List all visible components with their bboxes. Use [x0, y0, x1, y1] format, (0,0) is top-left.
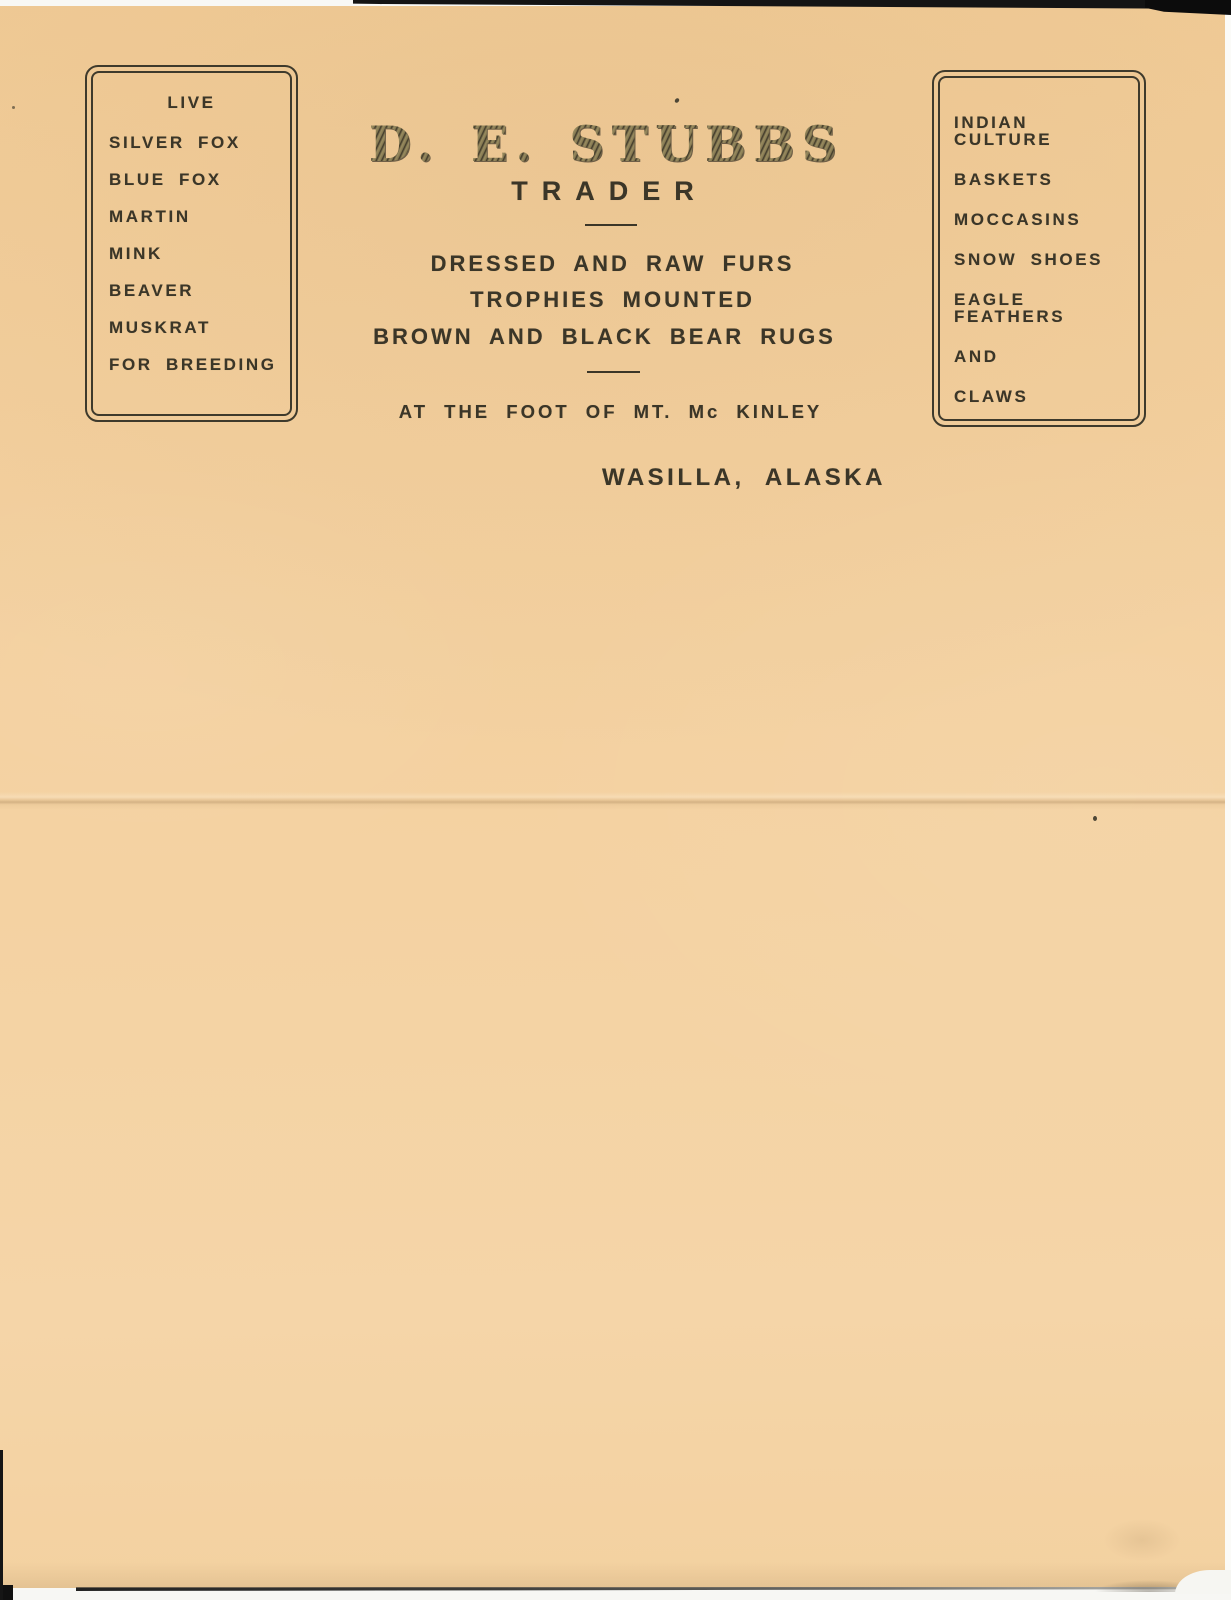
right-panel-item: AND: [954, 348, 1134, 365]
scan-edge-bottom: [0, 1590, 1231, 1600]
left-panel-item: FOR BREEDING: [109, 356, 284, 373]
left-panel-item: LIVE: [109, 94, 284, 111]
business-title: TRADER: [0, 176, 1205, 207]
scan-edge-right: [1225, 0, 1231, 1600]
fold-crease: [0, 792, 1225, 810]
city-line: WASILLA, ALASKA: [602, 464, 886, 492]
scan-edge-left-black: [0, 1450, 3, 1600]
paper-speck: [1093, 816, 1097, 821]
left-panel-box: LIVE SILVER FOX BLUE FOX MARTIN MINK BEA…: [85, 65, 298, 422]
location-line: AT THE FOOT OF MT. Mc KINLEY: [0, 401, 1221, 423]
left-panel-item: MARTIN: [109, 208, 284, 225]
letterhead-paper: LIVE SILVER FOX BLUE FOX MARTIN MINK BEA…: [0, 6, 1225, 1588]
right-panel-item: MOCCASINS: [954, 211, 1134, 228]
paper-speck: [674, 97, 680, 103]
divider-rule-bottom: [587, 371, 640, 373]
service-line: DRESSED AND RAW FURS: [0, 251, 1225, 277]
scanned-letterhead-page: LIVE SILVER FOX BLUE FOX MARTIN MINK BEA…: [0, 0, 1231, 1600]
divider-rule-top: [585, 224, 637, 226]
paper-speck: [12, 106, 15, 109]
bottom-shading: [0, 1562, 1225, 1588]
service-line: TROPHIES MOUNTED: [0, 287, 1225, 313]
paper-smudge: [1087, 1510, 1197, 1570]
service-line: BROWN AND BLACK BEAR RUGS: [0, 324, 1209, 350]
business-name: D. E. STUBBS: [0, 120, 1213, 169]
